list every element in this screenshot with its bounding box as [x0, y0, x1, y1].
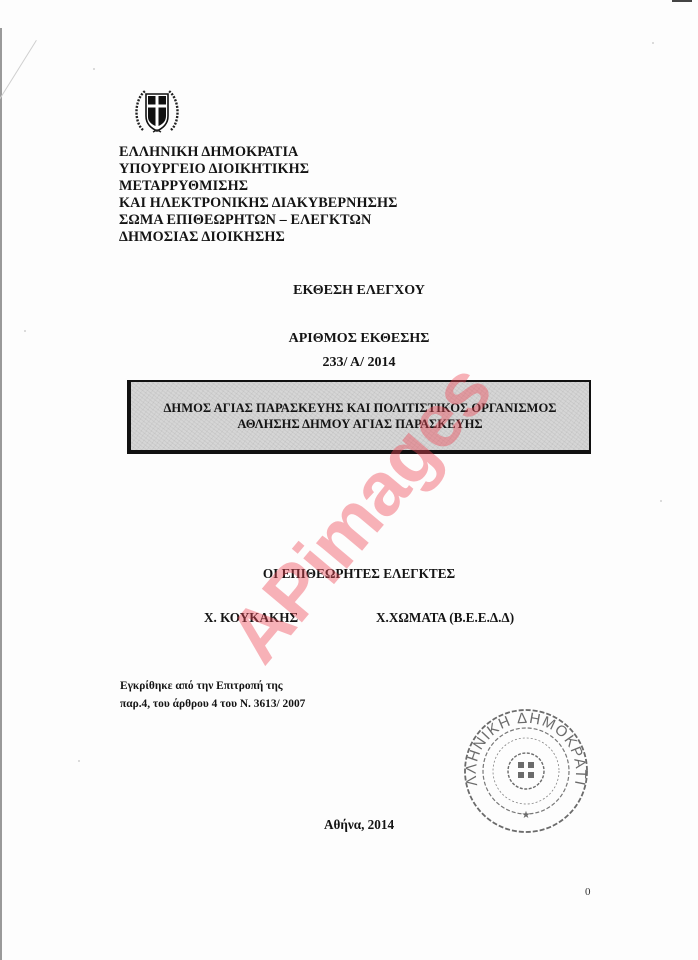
report-number-label: ΑΡΙΘΜΟΣ ΕΚΘΕΣΗΣ: [0, 331, 698, 347]
authority-line: ΚΑΙ ΗΛΕΚΤΡΟΝΙΚΗΣ ΔΙΑΚΥΒΕΡΝΗΣΗΣ: [119, 195, 398, 212]
authority-line: ΣΩΜΑ ΕΠΙΘΕΩΡΗΤΩΝ – ΕΛΕΓΚΤΩΝ: [119, 212, 398, 229]
subject-line: ΑΘΛΗΣΗΣ ΔΗΜΟΥ ΑΓΙΑΣ ΠΑΡΑΣΚΕΥΗΣ: [237, 416, 482, 432]
approval-note: παρ.4, του άρθρου 4 του Ν. 3613/ 2007: [120, 698, 305, 710]
approval-note: Εγκρίθηκε από την Επιτροπή της: [120, 680, 283, 692]
subject-line: ΔΗΜΟΣ ΑΓΙΑΣ ΠΑΡΑΣΚΕΥΗΣ ΚΑΙ ΠΟΛΙΤΙΣΤΙΚΟΣ …: [164, 400, 557, 416]
authority-line: ΜΕΤΑΡΡΥΘΜΙΣΗΣ: [119, 178, 398, 195]
scan-mark: [672, 0, 692, 2]
authority-line: ΥΠΟΥΡΓΕΙΟ ΔΙΟΙΚΗΤΙΚΗΣ: [119, 161, 398, 178]
document-page: ΕΛΛΗΝΙΚΗ ΔΗΜΟΚΡΑΤΙΑ ΥΠΟΥΡΓΕΙΟ ΔΙΟΙΚΗΤΙΚΗ…: [0, 0, 698, 960]
svg-text:ΕΛΛΗΝΙΚΗ ΔΗΜΟΚΡΑΤΙΑ: ΕΛΛΗΝΙΚΗ ΔΗΜΟΚΡΑΤΙΑ: [461, 706, 589, 788]
inspector-name: Χ.ΧΩΜΑΤΑ (Β.Ε.Ε.Δ.Δ): [376, 610, 514, 626]
issuing-authority: ΕΛΛΗΝΙΚΗ ΔΗΜΟΚΡΑΤΙΑ ΥΠΟΥΡΓΕΙΟ ΔΙΟΙΚΗΤΙΚΗ…: [119, 144, 398, 246]
scan-speck: [652, 42, 654, 44]
greek-coat-of-arms-icon: [133, 86, 181, 136]
place-and-date: Αθήνα, 2014: [0, 817, 698, 833]
scan-speck: [660, 500, 662, 502]
page-number: 0: [585, 886, 591, 898]
authority-line: ΔΗΜΟΣΙΑΣ ΔΙΟΙΚΗΣΗΣ: [119, 229, 398, 246]
report-number: 233/ Α/ 2014: [0, 355, 698, 371]
inspector-name: Χ. ΚΟΥΚΑΚΗΣ: [204, 610, 298, 626]
report-title: ΕΚΘΕΣΗ ΕΛΕΓΧΟΥ: [0, 283, 698, 299]
inspectors-label: ΟΙ ΕΠΙΘΕΩΡΗΤΕΣ ΕΛΕΓΚΤΕΣ: [0, 566, 698, 582]
scan-scratch: [0, 40, 37, 108]
subject-box: ΔΗΜΟΣ ΑΓΙΑΣ ΠΑΡΑΣΚΕΥΗΣ ΚΑΙ ΠΟΛΙΤΙΣΤΙΚΟΣ …: [127, 380, 591, 454]
scan-speck: [93, 68, 95, 70]
scan-speck: [78, 760, 80, 762]
authority-line: ΕΛΛΗΝΙΚΗ ΔΗΜΟΚΡΑΤΙΑ: [119, 144, 398, 161]
seal-outer-text: ΕΛΛΗΝΙΚΗ ΔΗΜΟΚΡΑΤΙΑ: [461, 706, 589, 788]
